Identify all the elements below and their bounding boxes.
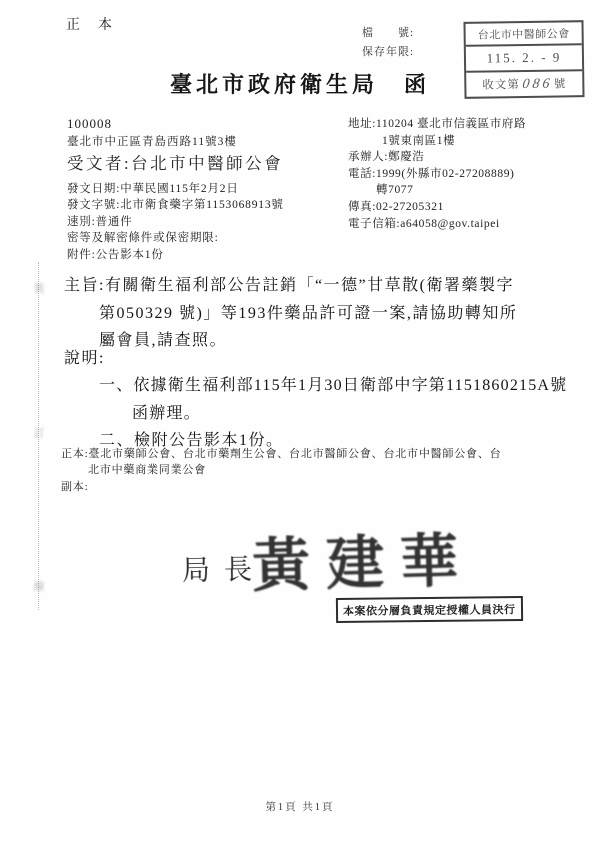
issue-date-line: 發文日期:中華民國115年2月2日 <box>67 181 284 197</box>
contact-address-line-1: 地址:110204 臺北市信義區市府路 <box>348 116 526 133</box>
recipient-name: 受文者:台北市中醫師公會 <box>67 150 283 174</box>
contact-email-line: 電子信箱:a64058@gov.taipei <box>348 216 526 233</box>
attachment-line: 附件:公告影本1份 <box>67 247 284 263</box>
archival-labels: 檔 號: 保存年限: <box>362 24 414 62</box>
original-recipients-line-2: 北市中藥商業同業公會 <box>61 462 501 478</box>
binding-mark-xian: 線 <box>31 578 47 594</box>
contact-address-line-2: 1號東南區1樓 <box>348 133 526 150</box>
issue-number-line: 發文字號:北市衛食藥字第1153068913號 <box>67 197 284 213</box>
recipient-postal-code: 100008 <box>67 116 112 132</box>
contact-fax-line: 傳真:02-27205321 <box>348 199 526 216</box>
binding-mark-zhuang: 裝 <box>31 280 47 296</box>
contact-block: 地址:110204 臺北市信義區市府路 1號東南區1樓 承辦人:鄭慶浩 電話:1… <box>348 116 526 232</box>
contact-person-line: 承辦人:鄭慶浩 <box>348 149 526 166</box>
copy-type-label: 正 本 <box>66 14 114 34</box>
binding-mark-ding: 訂 <box>31 425 47 441</box>
director-signature: 黃建華 <box>251 513 475 603</box>
copy-recipients-label: 副本: <box>61 479 501 495</box>
subject-paragraph: 主旨:有關衛生福利部公告註銷「“一德”甘草散(衛署藥製字 第050329 號)」… <box>64 272 564 355</box>
explanation-heading: 說明: <box>64 345 105 368</box>
retention-period-label: 保存年限: <box>362 43 414 62</box>
security-class-line: 密等及解密條件或保密期限: <box>67 230 284 246</box>
explanation-item-1: 一、依據衛生福利部115年1月30日衛部中字第1151860215A號 函辦理。 <box>99 372 567 428</box>
contact-phone-line-1: 電話:1999(外縣市02-27208889) <box>348 166 526 183</box>
document-meta-block: 發文日期:中華民國115年2月2日 發文字號:北市衛食藥字第1153068913… <box>67 181 284 263</box>
page-footer: 第1頁 共1頁 <box>0 799 600 814</box>
authorization-stamp: 本案依分層負責規定授權人員決行 <box>336 596 523 623</box>
recipient-address: 臺北市中正區青島西路11號3樓 <box>67 133 237 149</box>
subject-line-1: 主旨:有關衛生福利部公告註銷「“一德”甘草散(衛署藥製字 <box>64 272 564 300</box>
explanation-item-1-line-2: 函辦理。 <box>99 400 567 428</box>
subject-line-2: 第050329 號)」等193件藥品許可證一案,請協助轉知所 <box>64 300 564 328</box>
contact-phone-line-2: 轉7077 <box>348 182 526 199</box>
document-page: 正 本 檔 號: 保存年限: 台北市中醫師公會 115. 2. - 9 收文第0… <box>0 0 600 849</box>
distribution-block: 正本:臺北市藥師公會、台北市藥劑生公會、台北市醫師公會、台北市中醫師公會、台 北… <box>61 446 501 496</box>
original-recipients-line-1: 正本:臺北市藥師公會、台北市藥劑生公會、台北市醫師公會、台北市中醫師公會、台 <box>61 446 501 462</box>
speed-class-line: 速別:普通件 <box>67 214 284 230</box>
explanation-item-1-line-1: 一、依據衛生福利部115年1月30日衛部中字第1151860215A號 <box>99 372 567 400</box>
stamp-org-name: 台北市中醫師公會 <box>465 22 581 47</box>
subject-line-3: 屬會員,請查照。 <box>64 327 564 355</box>
file-number-label: 檔 號: <box>362 24 414 43</box>
document-title: 臺北市政府衛生局 函 <box>0 68 600 99</box>
